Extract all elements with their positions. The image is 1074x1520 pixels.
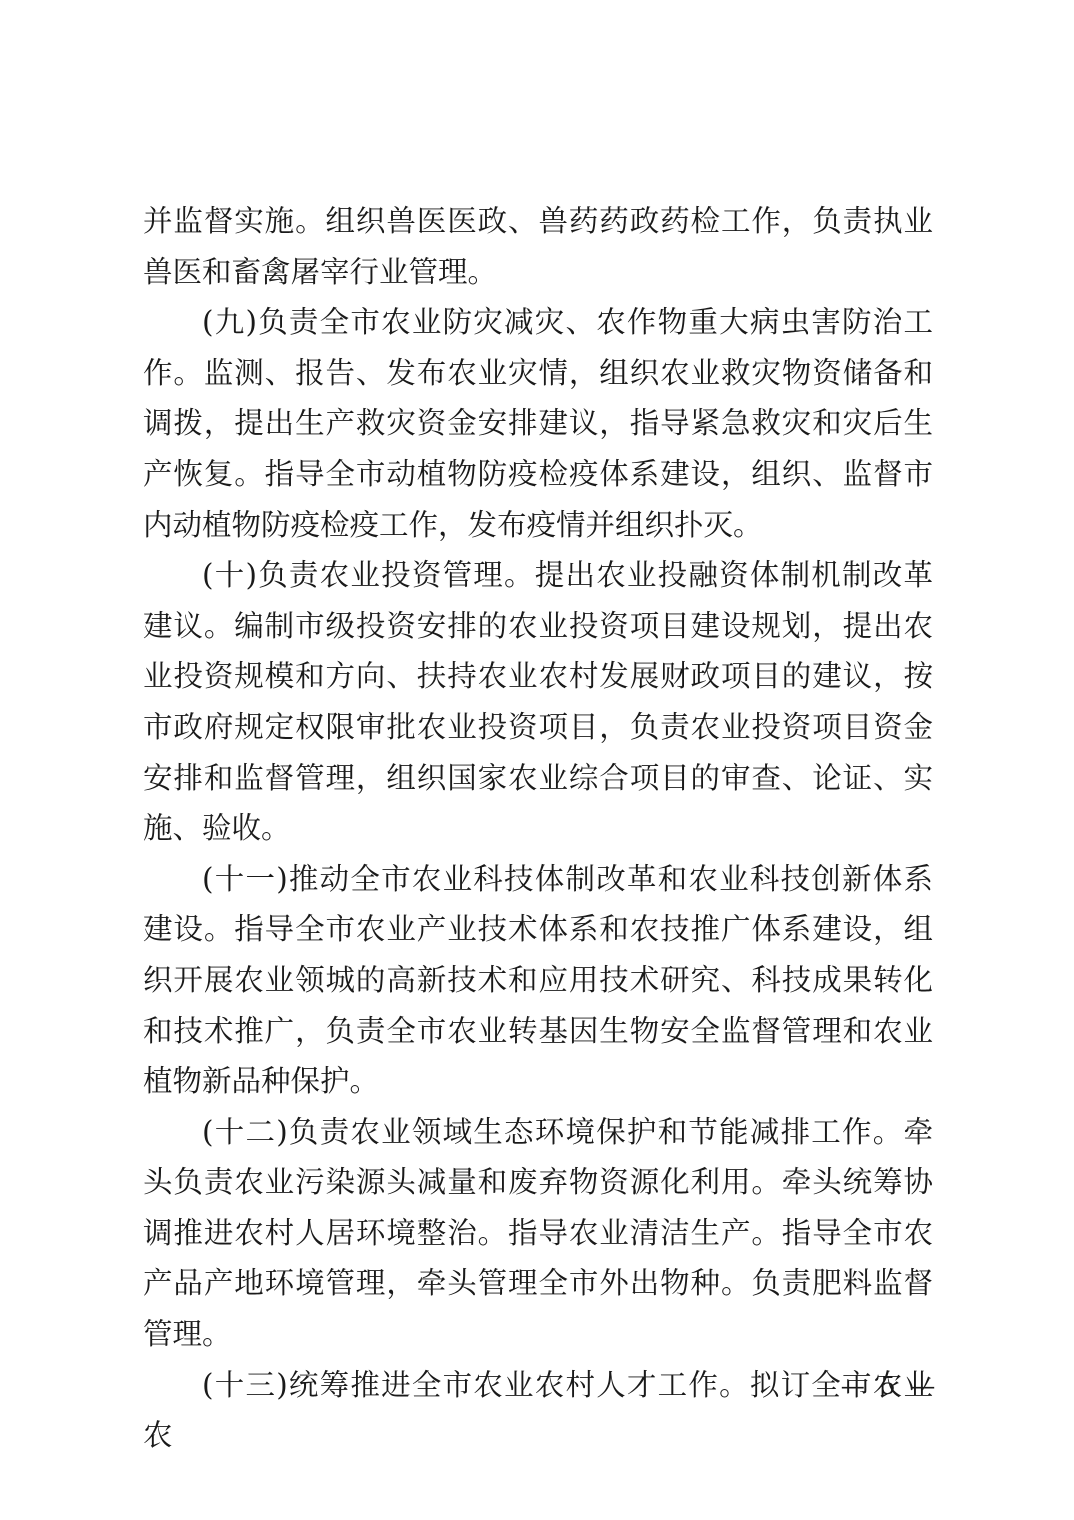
page-number: — 5 — xyxy=(840,1372,940,1400)
paragraph-item-10: (十)负责农业投资管理。提出农业投融资体制机制改革建议。编制市级投资安排的农业投… xyxy=(143,550,933,854)
paragraph-item-11: (十一)推动全市农业科技体制改革和农业科技创新体系建设。指导全市农业产业技术体系… xyxy=(143,854,933,1107)
document-body: 并监督实施。组织兽医医政、兽药药政药检工作，负责执业兽医和畜禽屠宰行业管理。 (… xyxy=(143,196,933,1461)
paragraph-item-12: (十二)负责农业领域生态环境保护和节能减排工作。牵头负责农业污染源头减量和废弃物… xyxy=(143,1107,933,1360)
paragraph-item-13: (十三)统筹推进全市农业农村人才工作。拟订全市农业农 xyxy=(143,1360,933,1461)
paragraph-continuation: 并监督实施。组织兽医医政、兽药药政药检工作，负责执业兽医和畜禽屠宰行业管理。 xyxy=(143,196,933,297)
paragraph-item-9: (九)负责全市农业防灾减灾、农作物重大病虫害防治工作。监测、报告、发布农业灾情，… xyxy=(143,297,933,550)
